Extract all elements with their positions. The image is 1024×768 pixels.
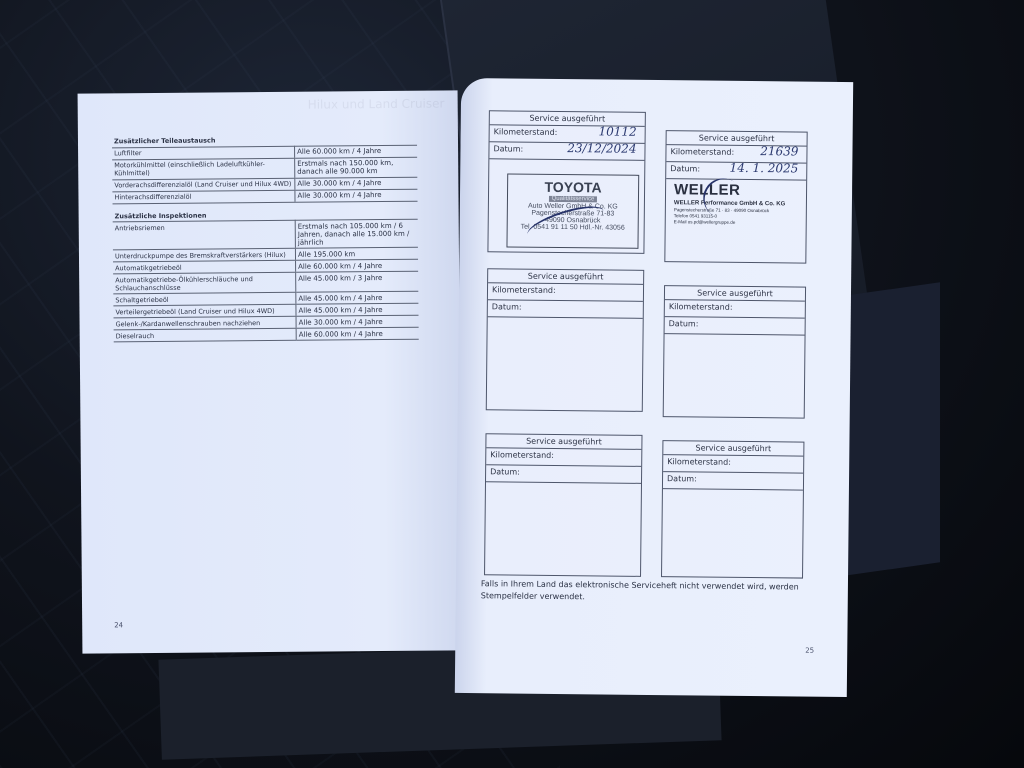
mileage-row: Kilometerstand:: [665, 300, 805, 318]
box-title: Service ausgeführt: [665, 286, 805, 301]
weller-dealer-stamp: WELLER WELLER Performance GmbH & Co. KG …: [674, 181, 786, 225]
service-stamp-box: Service ausgeführt Kilometerstand: 21639…: [664, 130, 807, 263]
maintenance-interval: Alle 45.000 km / 4 Jahre: [296, 303, 419, 316]
date-label: Datum:: [670, 164, 700, 173]
toyota-logo-text: TOYOTA: [508, 178, 638, 195]
maintenance-interval: Alle 195.000 km: [295, 247, 418, 260]
service-stamp-box: Service ausgeführt Kilometerstand: 10112…: [487, 110, 645, 254]
table-row: Automatikgetriebe-Ölkühlerschläuche und …: [113, 271, 418, 294]
table-row: AntriebsriemenErstmals nach 105.000 km /…: [113, 219, 418, 250]
mileage-handwritten: 10112: [598, 124, 636, 138]
date-label: Datum:: [493, 144, 523, 153]
page-number-right: 25: [805, 647, 814, 655]
mileage-label: Kilometerstand:: [492, 285, 556, 295]
maintenance-item: Antriebsriemen: [113, 220, 296, 250]
box-title: Service ausgeführt: [663, 441, 803, 456]
stamp-line: E-Mail os.pd@wellergruppe.de: [674, 219, 785, 225]
table-row: DieselrauchAlle 60.000 km / 4 Jahre: [114, 327, 419, 342]
mileage-label: Kilometerstand:: [490, 450, 554, 460]
mileage-row: Kilometerstand:: [663, 455, 803, 473]
date-handwritten: 23/12/2024: [567, 141, 636, 156]
maintenance-table: Zusätzlicher TeileaustauschLuftfilterAll…: [112, 127, 419, 343]
page-number-left: 24: [114, 621, 123, 629]
date-row: Datum:: [665, 317, 805, 335]
right-page: Service ausgeführt Kilometerstand: 10112…: [455, 78, 853, 697]
maintenance-interval: Alle 60.000 km / 4 Jahre: [296, 327, 419, 340]
left-page: Hilux und Land Cruiser Zusätzlicher Teil…: [78, 90, 463, 653]
mileage-label: Kilometerstand:: [667, 457, 731, 467]
maintenance-item: Automatikgetriebe-Ölkühlerschläuche und …: [113, 272, 296, 294]
mileage-label: Kilometerstand:: [494, 127, 558, 137]
date-label: Datum:: [667, 474, 697, 483]
mileage-row: Kilometerstand:: [486, 448, 641, 467]
mileage-label: Kilometerstand:: [670, 147, 734, 157]
date-label: Datum:: [669, 319, 699, 328]
maintenance-interval: Alle 45.000 km / 3 Jahre: [296, 271, 419, 292]
maintenance-interval: Alle 45.000 km / 4 Jahre: [296, 291, 419, 304]
maintenance-interval: Erstmals nach 150.000 km, danach alle 90…: [295, 157, 418, 178]
table-row: Motorkühlmittel (einschließlich Ladeluft…: [112, 157, 417, 180]
maintenance-item: Motorkühlmittel (einschließlich Ladeluft…: [112, 158, 295, 180]
toyota-dealer-stamp: TOYOTA Qualitätsservice Auto Weller GmbH…: [506, 173, 639, 248]
maintenance-item: Dieselrauch: [114, 328, 297, 342]
maintenance-interval: Alle 30.000 km / 4 Jahre: [296, 315, 419, 328]
maintenance-interval: Alle 30.000 km / 4 Jahre: [295, 189, 418, 202]
service-stamp-box: Service ausgeführt Kilometerstand: Datum…: [661, 440, 804, 578]
date-handwritten: 14. 1. 2025: [730, 161, 799, 176]
maintenance-interval: Erstmals nach 105.000 km / 6 Jahren, dan…: [295, 219, 418, 248]
service-stamp-box: Service ausgeführt Kilometerstand: Datum…: [486, 268, 644, 412]
date-row: Datum:: [663, 472, 803, 490]
bleed-through-heading: Hilux und Land Cruiser: [308, 96, 445, 111]
service-stamp-box: Service ausgeführt Kilometerstand: Datum…: [484, 433, 642, 577]
date-row: Datum:: [488, 300, 643, 319]
date-row: Datum:: [486, 465, 641, 484]
mileage-row: Kilometerstand:: [488, 283, 643, 302]
maintenance-interval: Alle 60.000 km / 4 Jahre: [296, 259, 419, 272]
maintenance-interval: Alle 30.000 km / 4 Jahre: [295, 177, 418, 190]
date-row: Datum: 14. 1. 2025: [666, 162, 806, 180]
date-row: Datum: 23/12/2024: [489, 142, 644, 161]
footnote: Falls in Ihrem Land das elektronische Se…: [481, 578, 801, 605]
date-label: Datum:: [490, 467, 520, 476]
stamp-tag: Qualitätsservice: [549, 196, 598, 203]
mileage-handwritten: 21639: [760, 144, 798, 158]
mileage-label: Kilometerstand:: [669, 302, 733, 312]
date-label: Datum:: [492, 302, 522, 311]
service-stamp-box: Service ausgeführt Kilometerstand: Datum…: [663, 285, 806, 418]
maintenance-interval: Alle 60.000 km / 4 Jahre: [295, 145, 418, 158]
